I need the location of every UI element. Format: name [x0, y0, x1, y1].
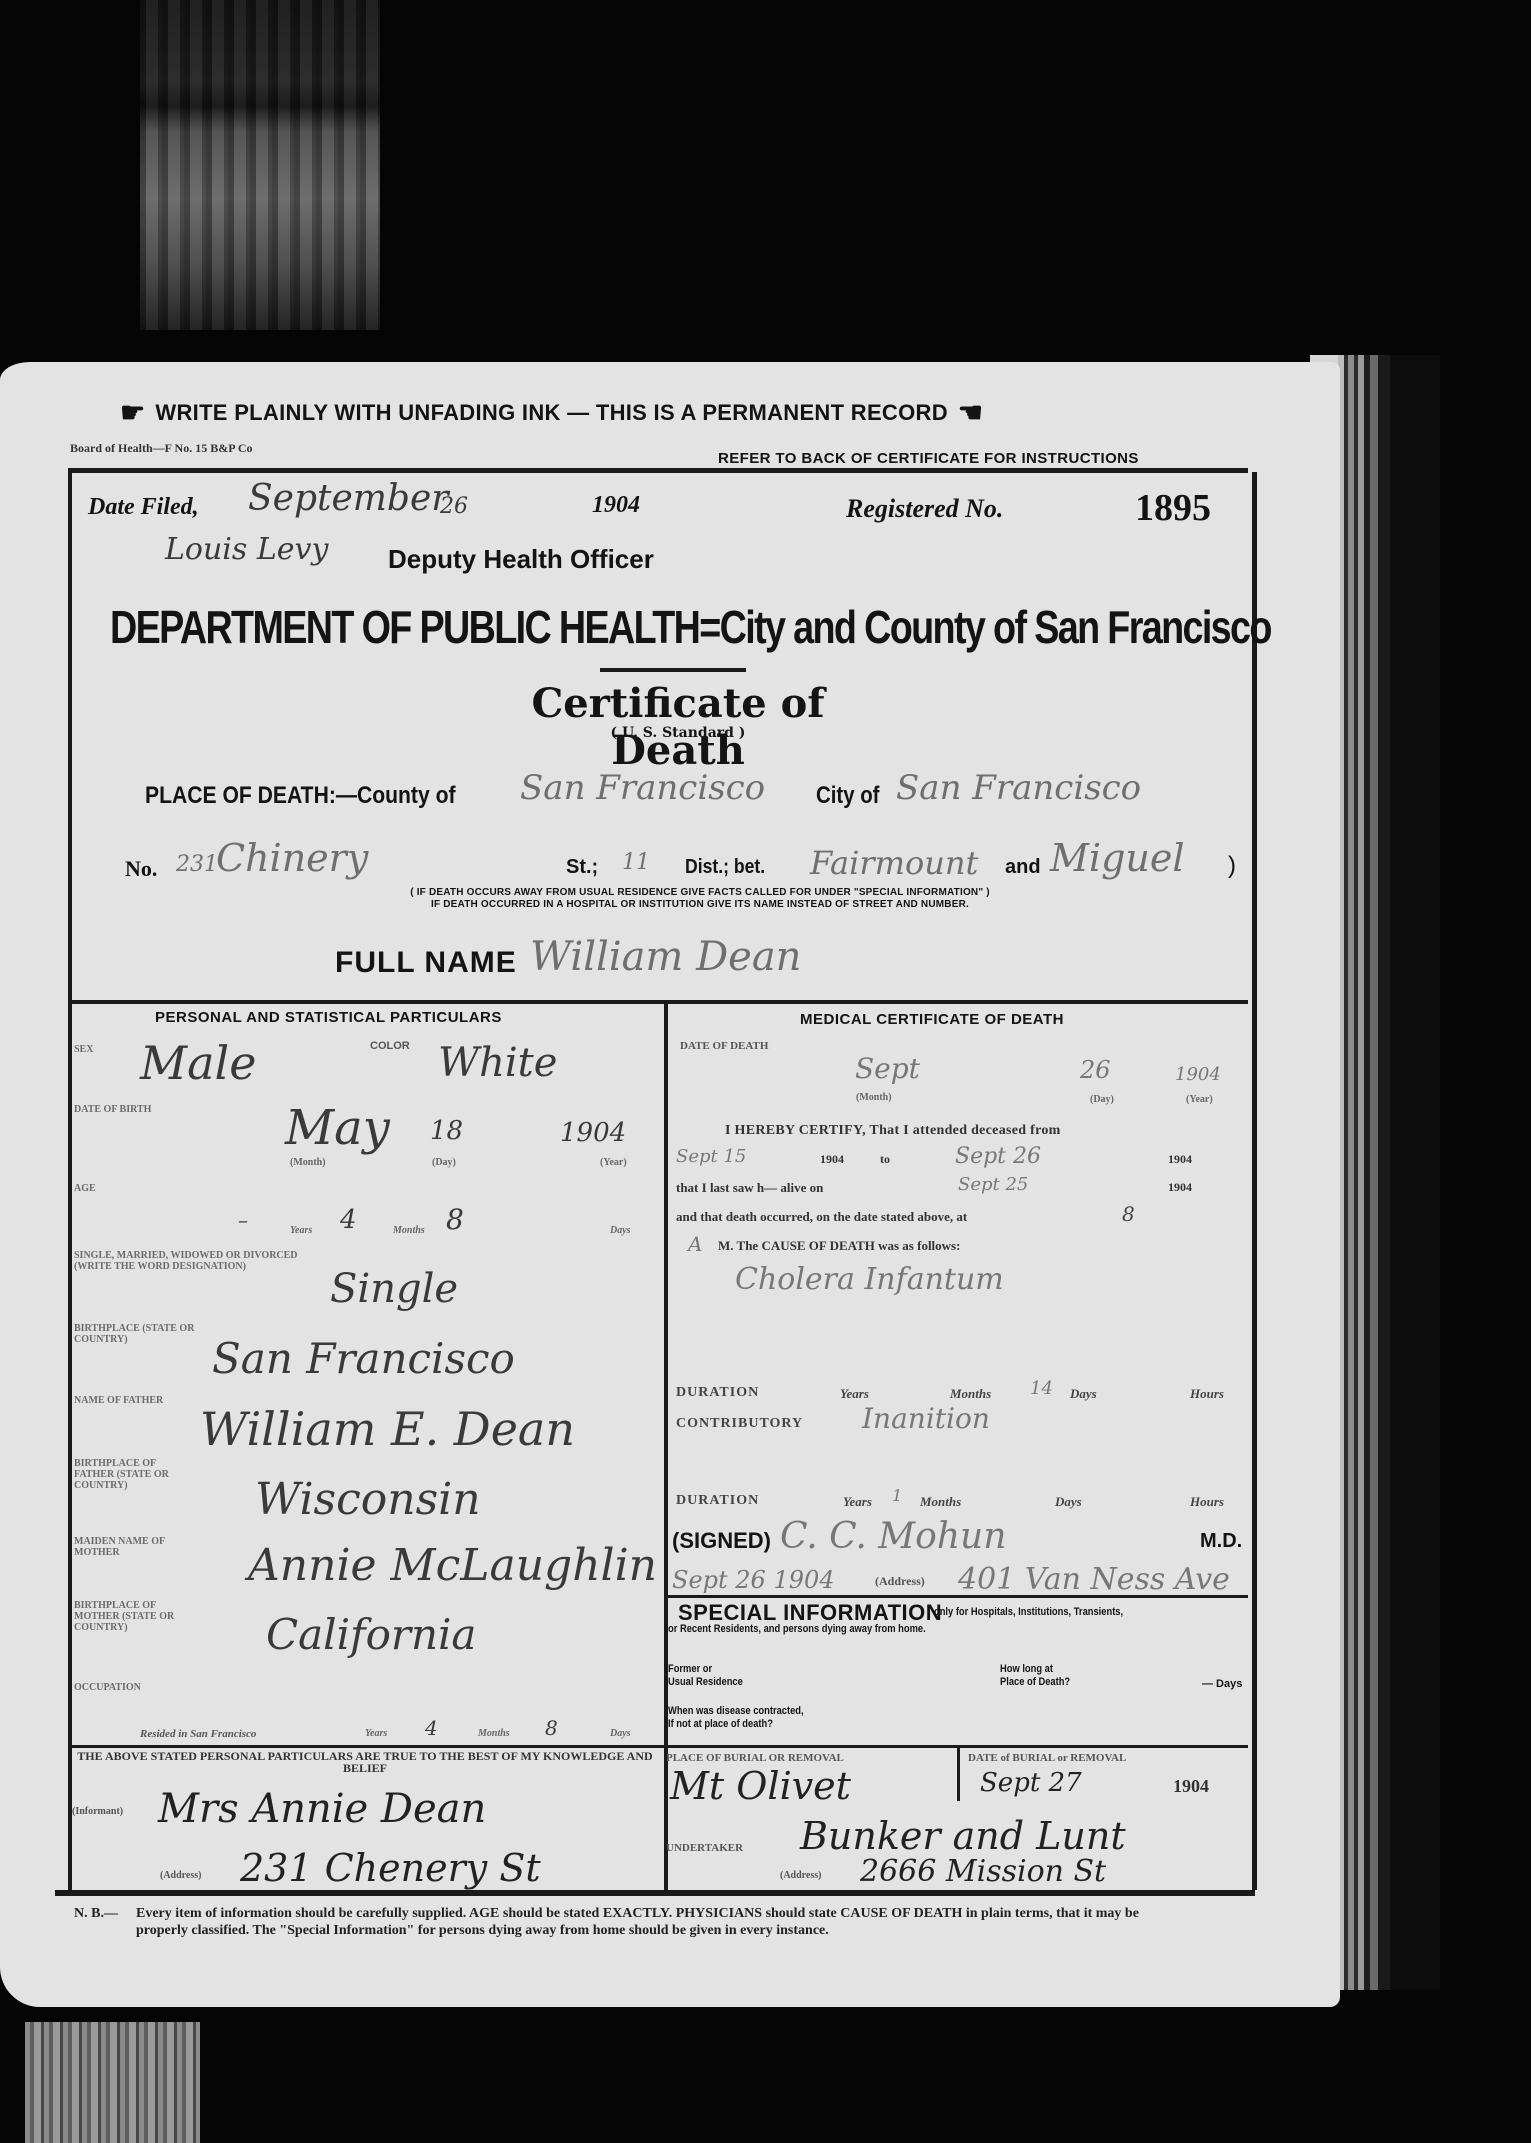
certify-text: I HEREBY CERTIFY, That I attended deceas… — [725, 1123, 1061, 1139]
attended-from: Sept 15 — [676, 1146, 746, 1167]
signed-date: Sept 26 1904 — [672, 1566, 835, 1594]
duration-months-unit: Months — [950, 1386, 991, 1402]
informant-address: 231 Chenery St — [240, 1846, 541, 1890]
informant-rule — [68, 1745, 666, 1748]
date-filed-day: 26 — [440, 494, 468, 519]
pointing-hand-right-icon: ☛ — [120, 396, 145, 429]
resided-label: Resided in San Francisco — [140, 1728, 256, 1740]
physician-signature: C. C. Mohun — [780, 1516, 1006, 1557]
age-years-sub: Years — [290, 1225, 312, 1236]
street-number-label: No. — [125, 856, 157, 882]
contributory-cause: Inanition — [862, 1402, 990, 1435]
dod-year-sub: (Year) — [1186, 1094, 1213, 1105]
and-label: and — [1005, 856, 1041, 879]
duration-days-value: 14 — [1030, 1378, 1053, 1399]
undertaker-label: UNDERTAKER — [666, 1842, 743, 1854]
md-label: M.D. — [1200, 1530, 1242, 1553]
sex-value: Male — [140, 1036, 256, 1090]
duration-2-hours-unit: Hours — [1190, 1494, 1224, 1510]
title-divider — [600, 668, 746, 672]
father-name-label: NAME OF FATHER — [74, 1395, 164, 1406]
place-of-death-label: PLACE OF DEATH:—County of — [145, 782, 456, 810]
how-long-label-line-2: Place of Death? — [1000, 1676, 1070, 1689]
informant-address-label: (Address) — [160, 1870, 201, 1881]
duration-2-months-value: 1 — [892, 1486, 902, 1505]
age-label: AGE — [74, 1183, 96, 1194]
attended-to-year: 1904 — [1168, 1152, 1192, 1167]
special-info-desc-1: only for Hospitals, Institutions, Transi… — [934, 1606, 1123, 1618]
footnote: N. B.— Every item of information should … — [74, 1905, 1154, 1939]
mother-birthplace-label: BIRTHPLACE OF MOTHER (State or Country) — [74, 1600, 194, 1633]
residence-note-line-1: ( IF DEATH OCCURS AWAY FROM USUAL RESIDE… — [220, 887, 1180, 899]
meridiem: A — [688, 1232, 702, 1256]
registered-number: 1895 — [1135, 486, 1211, 530]
color-label: COLOR — [370, 1040, 410, 1052]
birthplace-value: San Francisco — [212, 1334, 515, 1383]
dob-year-sub: (Year) — [600, 1157, 627, 1168]
warning-text: WRITE PLAINLY WITH UNFADING INK — THIS I… — [155, 400, 948, 426]
informant-name: Mrs Annie Dean — [158, 1786, 486, 1832]
date-of-death-label: DATE OF DEATH — [680, 1040, 768, 1052]
duration-hours-unit: Hours — [1190, 1386, 1224, 1402]
undertaker-name: Bunker and Lunt — [800, 1814, 1126, 1858]
resided-years: 4 — [425, 1716, 438, 1740]
date-filed-label: Date Filed, — [88, 494, 199, 521]
residence-note-line-2: IF DEATH OCCURRED IN A HOSPITAL OR INSTI… — [220, 899, 1180, 911]
last-saw-date: Sept 25 — [958, 1174, 1028, 1195]
street-name: Chinery — [216, 836, 368, 880]
time-of-death: 8 — [1122, 1202, 1135, 1226]
age-years: – — [238, 1208, 248, 1232]
street-label: St.; — [566, 856, 598, 879]
marital-label: SINGLE, MARRIED, WIDOWED OR DIVORCED (Wr… — [74, 1250, 314, 1272]
marital-value: Single — [330, 1266, 458, 1312]
full-name-label: FULL NAME — [335, 946, 517, 980]
disease-contracted-label: When was disease contracted, If not at p… — [668, 1705, 804, 1731]
officer-title: Deputy Health Officer — [388, 544, 654, 575]
certificate-standard: ( U. S. Standard ) — [568, 725, 788, 741]
full-name-value: William Dean — [530, 934, 801, 980]
informant-label: (Informant) — [72, 1806, 123, 1817]
age-months: 4 — [340, 1205, 357, 1235]
registered-label: Registered No. — [846, 494, 1003, 524]
resided-years-sub: Years — [365, 1728, 387, 1739]
dod-day-sub: (Day) — [1090, 1094, 1114, 1105]
department-title: DEPARTMENT OF PUBLIC HEALTH=City and Cou… — [110, 600, 1028, 654]
last-saw-text: that I last saw h— alive on — [676, 1180, 823, 1196]
personal-section-heading: PERSONAL AND STATISTICAL PARTICULARS — [155, 1009, 502, 1026]
father-birthplace-value: Wisconsin — [255, 1474, 481, 1525]
close-paren: ) — [1228, 852, 1236, 880]
district-label: Dist.; bet. — [685, 856, 765, 879]
occupation-label: OCCUPATION — [74, 1682, 141, 1693]
dob-day: 18 — [430, 1116, 463, 1146]
dob-month-sub: (Month) — [290, 1157, 326, 1168]
undertaker-address: 2666 Mission St — [860, 1854, 1106, 1889]
footnote-text: Every item of information should be care… — [136, 1905, 1154, 1939]
dob-label: DATE OF BIRTH — [74, 1104, 151, 1115]
street-number: 231 — [176, 852, 218, 877]
background-microfilm-frame-top — [140, 0, 380, 330]
age-days-sub: Days — [610, 1225, 631, 1236]
special-info-desc-2: or Recent Residents, and persons dying a… — [668, 1623, 926, 1635]
physician-address-label: (Address) — [875, 1574, 925, 1589]
dob-year: 1904 — [560, 1118, 626, 1148]
burial-place: Mt Olivet — [670, 1764, 851, 1808]
pointing-hand-left-icon: ☚ — [958, 396, 983, 429]
cross-street-2: Miguel — [1050, 836, 1185, 880]
sex-label: SEX — [74, 1044, 93, 1055]
mother-name-label: MAIDEN NAME OF MOTHER — [74, 1536, 194, 1558]
background-microfilm-frame-bottom — [25, 2022, 200, 2143]
special-info-rule — [666, 1595, 1248, 1598]
burial-place-label: PLACE OF BURIAL OR REMOVAL — [666, 1752, 844, 1764]
former-residence-label: Former or Usual Residence — [668, 1663, 743, 1689]
burial-year: 1904 — [1173, 1776, 1209, 1797]
dob-month: May — [285, 1100, 390, 1156]
dod-month-sub: (Month) — [856, 1092, 892, 1103]
mother-birthplace-value: California — [266, 1610, 476, 1659]
father-name-value: William E. Dean — [200, 1402, 575, 1456]
resided-months-sub: Months — [478, 1728, 510, 1739]
undertaker-address-label: (Address) — [780, 1870, 821, 1881]
date-of-death-month: Sept — [855, 1052, 920, 1085]
cross-street-1: Fairmount — [810, 844, 978, 882]
officer-signature: Louis Levy — [165, 532, 328, 567]
refer-instructions: REFER TO BACK OF CERTIFICATE FOR INSTRUC… — [718, 450, 1139, 467]
birthplace-label: BIRTHPLACE (State or Country) — [74, 1323, 214, 1345]
occurred-text: and that death occurred, on the date sta… — [676, 1209, 967, 1225]
how-long-label-line-1: How long at — [1000, 1663, 1070, 1676]
color-value: White — [438, 1040, 557, 1086]
informant-heading: THE ABOVE STATED PERSONAL PARTICULARS AR… — [70, 1750, 660, 1774]
duration-years-unit: Years — [840, 1386, 869, 1402]
cause-text: M. The CAUSE OF DEATH was as follows: — [718, 1238, 960, 1254]
duration-2-months-unit: Months — [920, 1494, 961, 1510]
dob-day-sub: (Day) — [432, 1157, 456, 1168]
duration-label: DURATION — [676, 1385, 759, 1401]
section-rule — [68, 1000, 1248, 1004]
form-number: Board of Health—F No. 15 B&P Co — [70, 441, 253, 456]
last-saw-year: 1904 — [1168, 1180, 1192, 1195]
date-filed-year: 1904 — [592, 492, 640, 519]
burial-divider — [957, 1746, 960, 1801]
father-birthplace-label: BIRTHPLACE OF FATHER (State or Country) — [74, 1458, 194, 1491]
to-label: to — [880, 1152, 890, 1167]
former-residence-label-line-1: Former or — [668, 1663, 743, 1676]
contributory-label: CONTRIBUTORY — [676, 1416, 803, 1432]
attended-from-year: 1904 — [820, 1152, 844, 1167]
signed-label: (SIGNED) — [672, 1528, 771, 1554]
warning-banner: ☛ WRITE PLAINLY WITH UNFADING INK — THIS… — [120, 396, 1250, 429]
cause-of-death: Cholera Infantum — [735, 1262, 1004, 1297]
how-long-days: — Days — [1202, 1678, 1242, 1690]
physician-address: 401 Van Ness Ave — [958, 1562, 1230, 1597]
burial-date: Sept 27 — [980, 1768, 1082, 1798]
burial-date-label: DATE of BURIAL or REMOVAL — [968, 1752, 1126, 1764]
duration-2-years-unit: Years — [843, 1494, 872, 1510]
footnote-lead: N. B.— — [74, 1905, 118, 1922]
mother-name-value: Annie McLaughlin — [248, 1540, 657, 1591]
city-label: City of — [816, 782, 879, 810]
attended-to: Sept 26 — [955, 1144, 1041, 1169]
resided-days-sub: Days — [610, 1728, 631, 1739]
date-of-death-year: 1904 — [1175, 1064, 1221, 1085]
disease-contracted-line-1: When was disease contracted, — [668, 1705, 804, 1718]
ward-number: 11 — [622, 850, 650, 875]
former-residence-label-line-2: Usual Residence — [668, 1676, 743, 1689]
disease-contracted-line-2: If not at place of death? — [668, 1718, 804, 1731]
frame-bottom-rule — [55, 1890, 1255, 1896]
residence-note: ( IF DEATH OCCURS AWAY FROM USUAL RESIDE… — [220, 887, 1180, 911]
date-filed-month: September — [248, 478, 448, 519]
duration-2-label: DURATION — [676, 1493, 759, 1509]
place-of-death-city: San Francisco — [896, 768, 1141, 808]
duration-2-days-unit: Days — [1055, 1494, 1082, 1510]
age-days: 8 — [446, 1203, 464, 1236]
age-months-sub: Months — [393, 1225, 425, 1236]
medical-section-heading: MEDICAL CERTIFICATE OF DEATH — [800, 1011, 1064, 1028]
how-long-label: How long at Place of Death? — [1000, 1663, 1070, 1689]
date-of-death-day: 26 — [1080, 1056, 1111, 1084]
place-of-death-county: San Francisco — [520, 768, 765, 808]
resided-months: 8 — [545, 1716, 558, 1740]
duration-days-unit: Days — [1070, 1386, 1097, 1402]
